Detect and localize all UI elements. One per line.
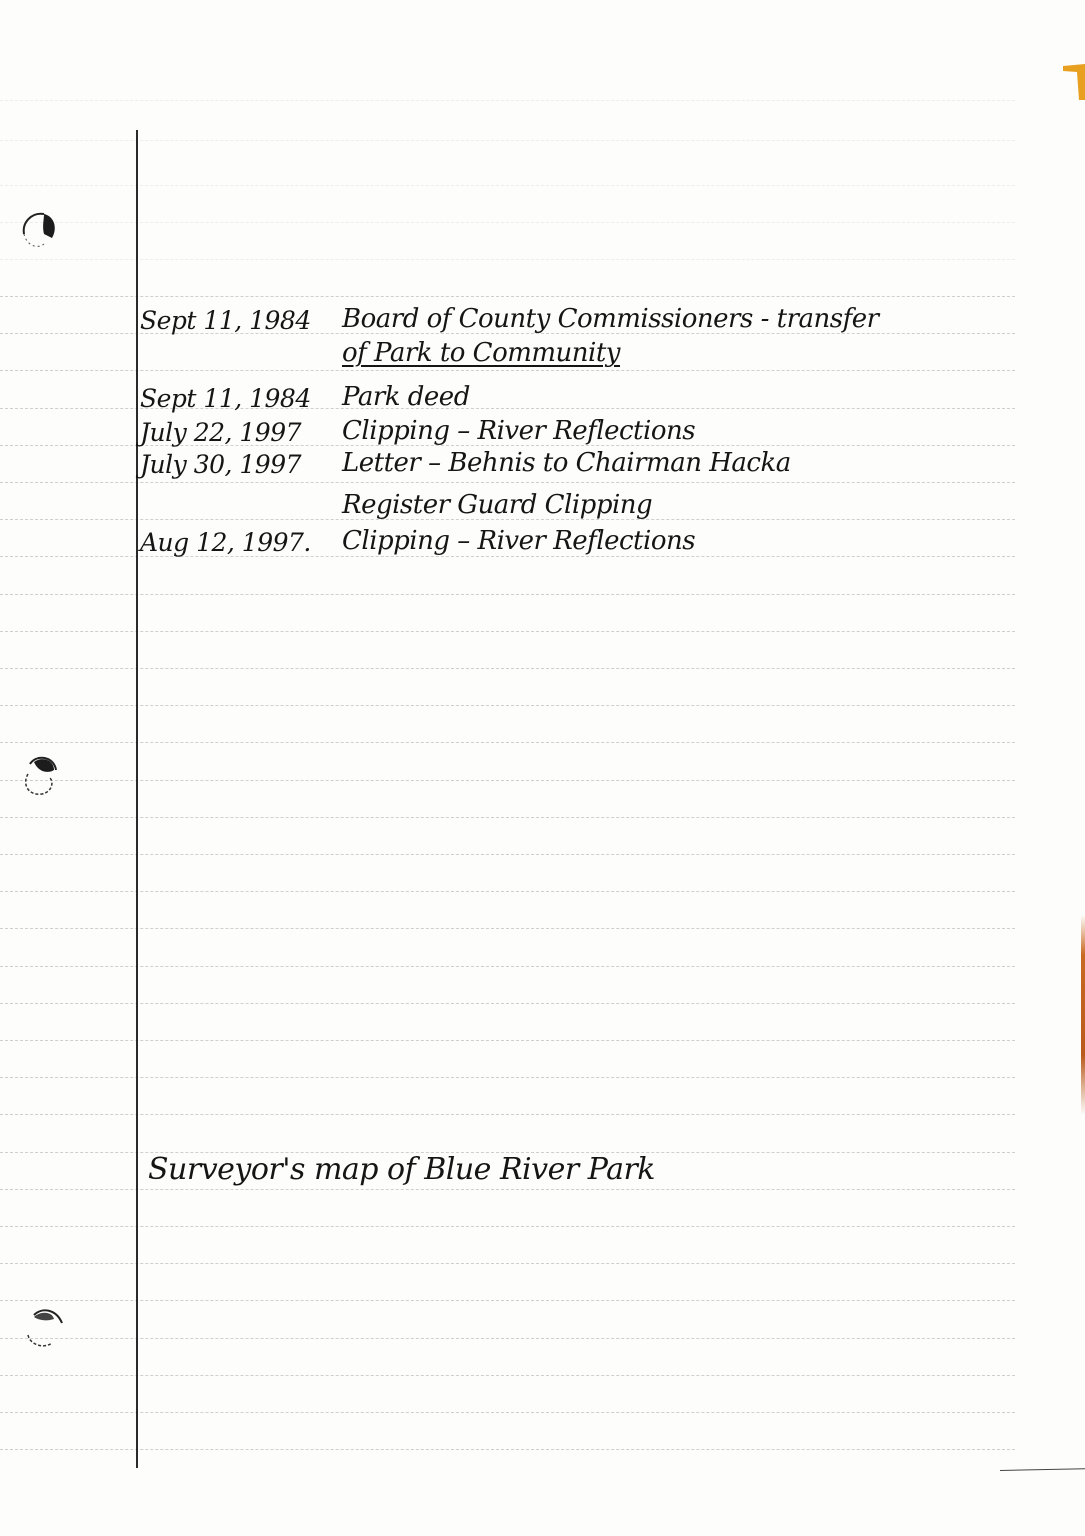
ruled-line <box>0 1040 1015 1041</box>
ruled-line <box>0 100 1015 101</box>
ruled-line <box>0 854 1015 855</box>
ruled-line <box>0 780 1015 781</box>
entry-description: of Park to Community <box>342 338 620 368</box>
entry-description: Board of County Commissioners - transfer <box>342 304 879 334</box>
page-edge-stain <box>1081 915 1085 1115</box>
ruled-line <box>0 296 1015 297</box>
ruled-line <box>0 594 1015 595</box>
ruled-line <box>0 482 1015 483</box>
ruled-line <box>0 1189 1015 1190</box>
hole-punch-bottom-icon <box>20 1305 64 1349</box>
ruled-line <box>0 1003 1015 1004</box>
ruled-line <box>0 1412 1015 1413</box>
entry-description: Park deed <box>342 382 470 412</box>
ruled-line <box>0 1226 1015 1227</box>
ruled-line <box>0 891 1015 892</box>
hole-punch-top-icon <box>18 208 62 252</box>
ruled-line <box>0 705 1015 706</box>
ruled-line <box>0 1263 1015 1264</box>
ruled-line <box>0 222 1015 223</box>
ruled-line <box>0 1338 1015 1339</box>
ruled-line <box>0 1300 1015 1301</box>
hole-punch-middle-icon <box>18 752 62 796</box>
ruled-line <box>0 1114 1015 1115</box>
entry-description-text: of Park to Community <box>342 338 620 368</box>
entry-description: Letter – Behnis to Chairman Hacka <box>342 448 791 478</box>
ruled-line <box>0 928 1015 929</box>
ruled-line <box>0 185 1015 186</box>
entry-date: Aug 12, 1997. <box>140 528 311 557</box>
ruled-line <box>0 1449 1015 1450</box>
footer-note: Surveyor's map of Blue River Park <box>148 1152 655 1187</box>
ruled-line <box>0 631 1015 632</box>
entry-date: July 22, 1997 <box>140 418 301 447</box>
notebook-page: Sept 11, 1984 Board of County Commission… <box>0 0 1085 1536</box>
ruled-line <box>0 742 1015 743</box>
ruled-line <box>0 259 1015 260</box>
ruled-line <box>0 1077 1015 1078</box>
margin-line <box>136 130 138 1468</box>
entry-date: July 30, 1997 <box>140 450 301 479</box>
ruled-line <box>0 966 1015 967</box>
entry-description: Clipping – River Reflections <box>342 416 695 446</box>
entry-description: Register Guard Clipping <box>342 490 652 520</box>
entry-description: Clipping – River Reflections <box>342 526 695 556</box>
entry-date: Sept 11, 1984 <box>140 306 311 335</box>
ruled-line <box>0 668 1015 669</box>
entry-date: Sept 11, 1984 <box>140 384 311 413</box>
ruled-line <box>0 817 1015 818</box>
orange-corner-tab-icon <box>1063 64 1085 100</box>
page-edge-line <box>1000 1468 1085 1471</box>
ruled-line <box>0 140 1015 141</box>
ruled-line <box>0 370 1015 371</box>
ruled-line <box>0 1375 1015 1376</box>
